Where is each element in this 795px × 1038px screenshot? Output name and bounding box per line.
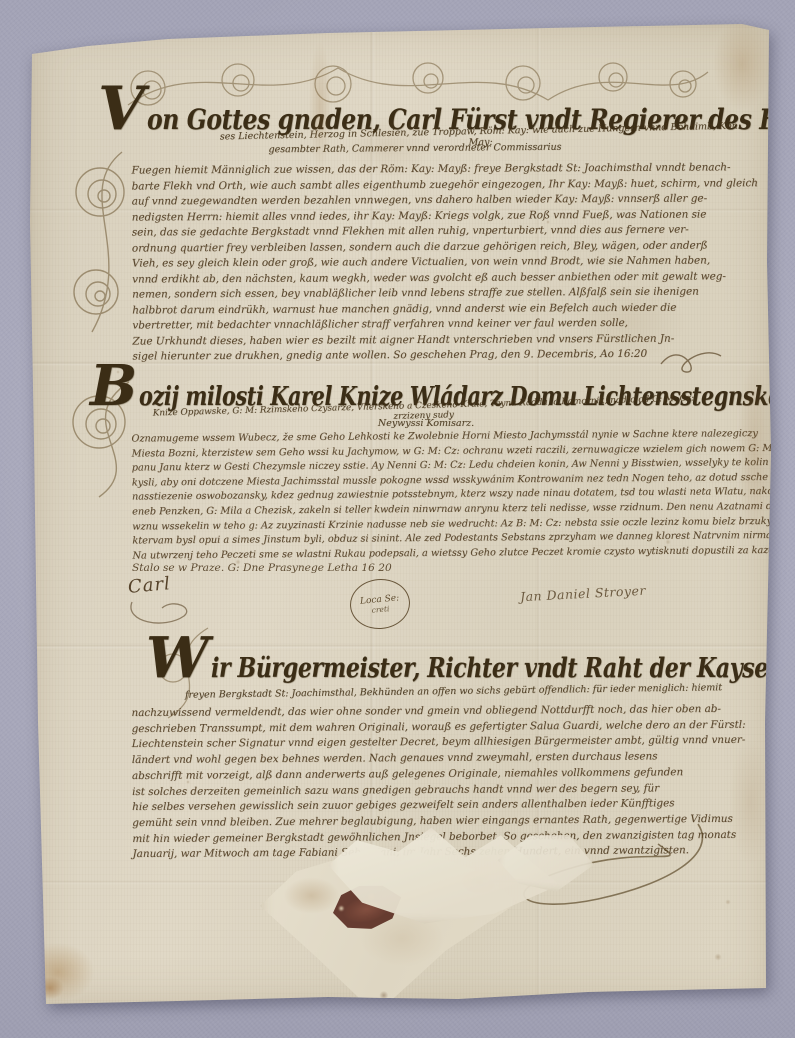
paragraph-german-mandate: Fuegen hiemit Männiglich zue wissen, das… <box>131 160 707 365</box>
signature-carl: Carl <box>127 573 172 598</box>
paragraph-czech-confirmation: Oznamugeme wssem Wubecz, že sme Geho Leh… <box>131 427 714 563</box>
dateline-prague-1620: Stalo se w Praze. G: Dne Prasynege Letha… <box>132 562 392 574</box>
heading-main-text: on Gottes gnaden, Carl Fürst vndt Regier… <box>147 66 795 174</box>
document-photo: Von Gottes gnaden, Carl Fürst vndt Regie… <box>0 0 795 1038</box>
heading-vidimus-title: Wir Bürgermeister, Richter vndt Raht der… <box>146 614 795 686</box>
paper-shadow-wrap: Von Gottes gnaden, Carl Fürst vndt Regie… <box>0 0 795 1038</box>
seal-note-text: creti <box>371 604 389 615</box>
heading-subtitle: Neywyssi Komisarz. <box>326 418 526 429</box>
manuscript-paper: Von Gottes gnaden, Carl Fürst vndt Regie… <box>28 22 773 1008</box>
